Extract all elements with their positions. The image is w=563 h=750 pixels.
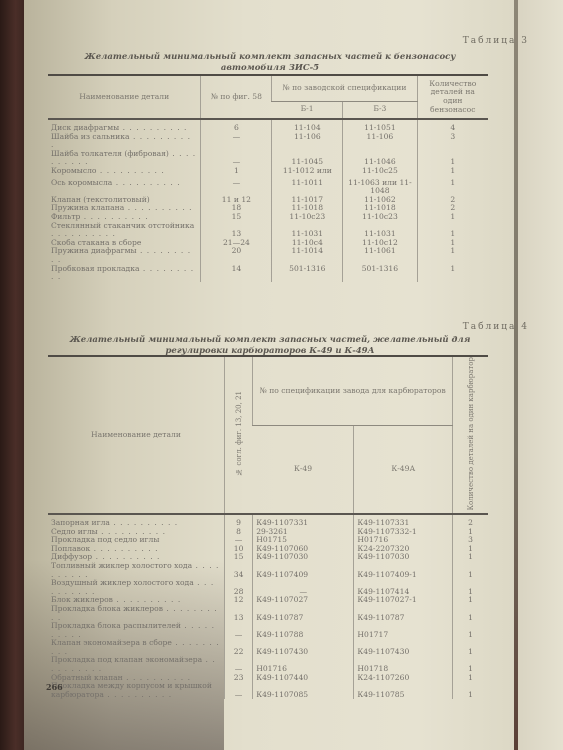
table-row: Стеклянный стаканчик отстойника1311-1031… [48,222,488,239]
table3: Наименование детали № по фиг. 58 № по за… [48,74,488,282]
table4-header-name: Наименование детали [48,356,224,514]
table-row: Воздушный жиклер холостого хода28—К49-11… [48,579,488,596]
table-row: Пружина диафрагмы2011-101411-10611 [48,247,488,264]
table-row: Прокладка блока жиклеров13К49-110787К49-… [48,605,488,622]
table-row: Шайба из сальника—11-10611-1063 [48,133,488,150]
table3-header-spec: № по заводской спецификации [272,75,417,101]
table4-caption: Таблица 4 [463,322,529,332]
table-row: Прокладка блока распылителей—К49-110788Н… [48,622,488,639]
table4-header-qty: Количество деталей на один карбюратор [467,357,475,510]
table4: Наименование детали № согл. фиг. 13, 20,… [48,355,488,699]
page-number: 266 [46,682,63,692]
table3-header-b3: Б-3 [343,101,417,119]
table3-header-name: Наименование детали [48,75,201,119]
table-row: Топливный жиклер холостого хода34К49-110… [48,562,488,579]
table3-header-b1: Б-1 [272,101,343,119]
table-row: Коромысло111-1012 или11-10c251 [48,167,488,176]
table3-header-fig: № по фиг. 58 [201,75,272,119]
table-row: Ось коромысла—11-101111-1063 или 11-1048… [48,176,488,196]
table4-header-k49a: К-49А [354,426,453,514]
book-spine [0,0,26,750]
table4-header-spec: № по спецификации завода для карбюраторо… [253,356,453,426]
table-row: Пробковая прокладка14501-1316501-13161 [48,265,488,282]
table-row: Прокладка между корпусом и крышкой карбю… [48,682,488,699]
table3-caption: Таблица 3 [463,36,529,46]
table4-header-fig: № согл. фиг. 13, 20, 21 [235,391,243,476]
table-row: Клапан экономайзера в сборе22К49-1107430… [48,639,488,656]
table4-header-k49: К-49 [253,426,354,514]
table-row: Шайба толкателя (фибровая)—11-104511-104… [48,150,488,167]
table3-title: Желательный минимальный комплект запасны… [60,52,480,74]
facing-page-edge [518,0,563,750]
table-row: Прокладка под клапан экономайзера—Н01716… [48,656,488,673]
table3-header-qty: Количество деталей на один бензонасос [417,75,488,119]
table4-title: Желательный минимальный комплект запасны… [60,335,480,357]
